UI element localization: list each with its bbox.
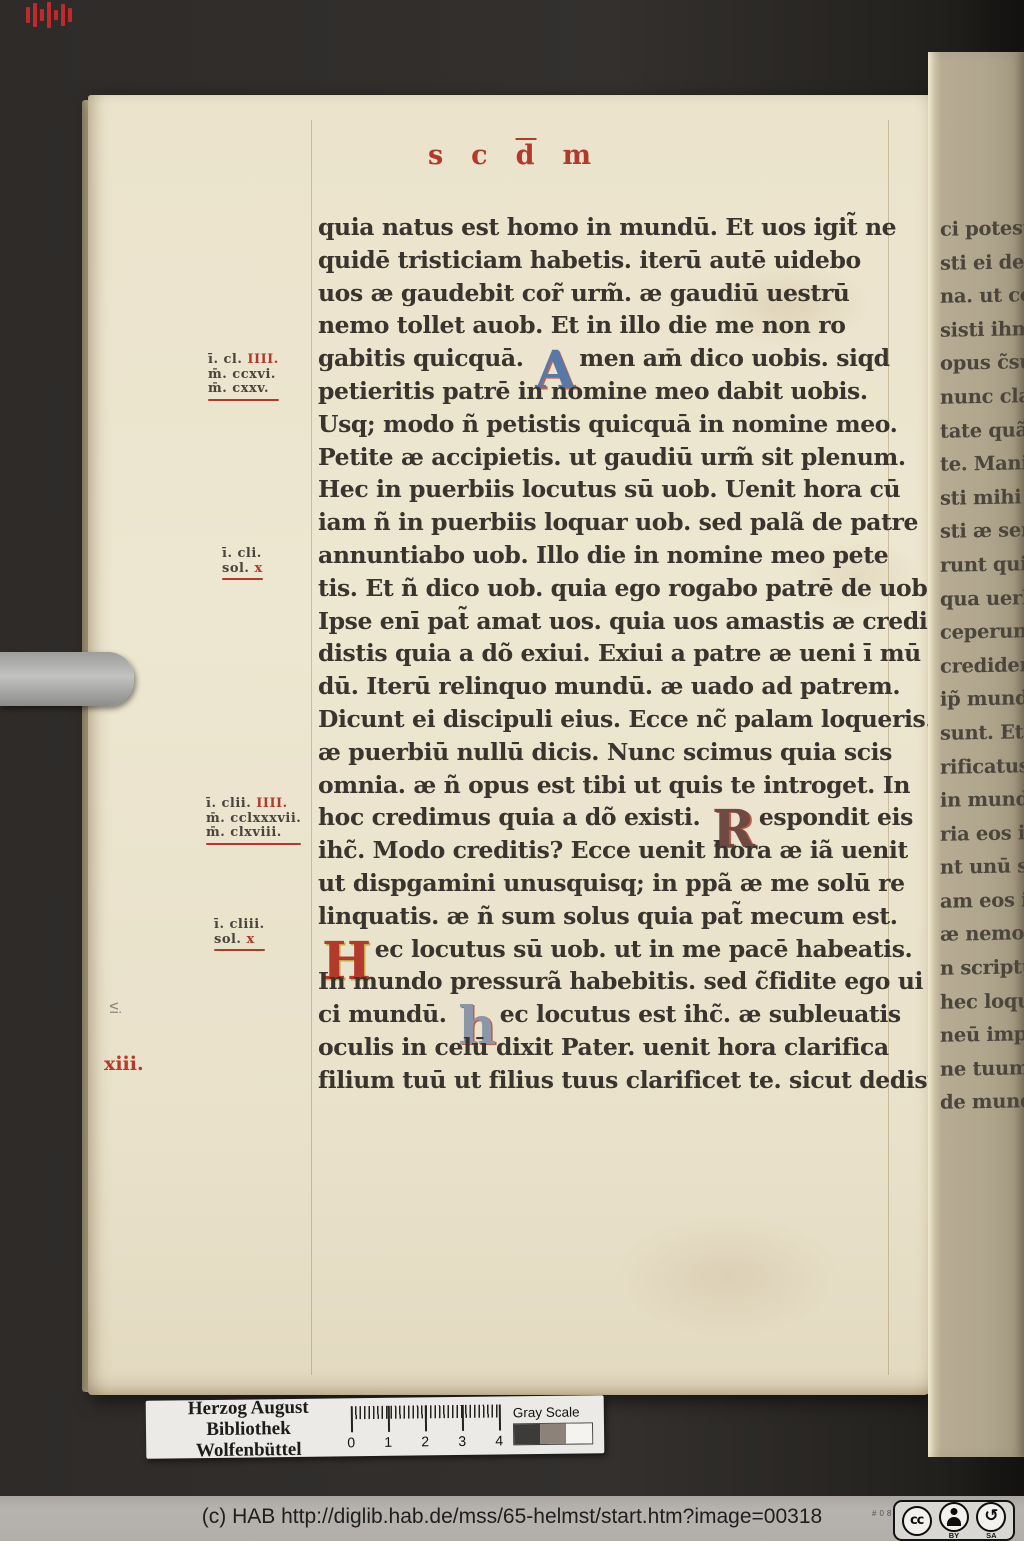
manuscript-line: Dicunt ei discipuli eius. Ecce nc̃ palam… xyxy=(318,703,893,736)
margin-note-2: ī. cli.sol. x xyxy=(222,547,263,580)
manuscript-line: ut dispgamini unusquisq; in ppã æ me sol… xyxy=(318,867,893,900)
manuscript-line: ci mundū. hec locutus est ihc̃. æ subleu… xyxy=(318,998,893,1031)
manuscript-line: annuntiabo uob. Illo die in nomine meo p… xyxy=(318,539,893,572)
facing-page-line: qua uerba xyxy=(940,581,1024,616)
cc-by-label: BY xyxy=(949,1531,959,1540)
facing-page-line: crediderunt xyxy=(940,648,1024,683)
facing-page-line: ne tuum. æ m xyxy=(940,1051,1024,1086)
facing-page-line: sisti ihm x xyxy=(940,312,1024,347)
ruler-tick-label: 4 xyxy=(495,1432,503,1448)
registration-bar xyxy=(47,2,51,28)
registration-mark-top-left xyxy=(26,0,72,30)
facing-page-line: runt quia o xyxy=(940,547,1024,582)
registration-bar xyxy=(33,3,37,27)
registration-bar xyxy=(61,4,65,26)
facing-page-line: tate quã ha xyxy=(940,413,1024,448)
manuscript-text-block: quia natus est homo in mundū. Et uos igi… xyxy=(318,211,893,1097)
manuscript-line: Ipse enī pat̃ amat uos. quia uos amastis… xyxy=(318,605,893,638)
registration-bar xyxy=(26,7,30,23)
person-icon-body xyxy=(947,1517,961,1526)
calibration-ruler: 01234 xyxy=(351,1402,504,1450)
running-title-letter: c xyxy=(471,140,489,171)
running-title: scdm xyxy=(88,140,933,171)
grayscale-reference: Gray Scale xyxy=(513,1404,593,1445)
sharealike-arrow-glyph: ↺ xyxy=(984,1508,998,1525)
manuscript-line: oculis in celū dixit Pater. uenit hora c… xyxy=(318,1031,893,1064)
manuscript-line: hoc credimus quia a dõ existi. Respondit… xyxy=(318,801,893,834)
margin-note-line: sol. x xyxy=(214,933,265,948)
rubric-underline xyxy=(222,578,263,580)
calibration-bar: Herzog August Bibliothek Wolfenbüttel 01… xyxy=(146,1395,605,1459)
manuscript-line: In mundo pressurã habebitis. sed c̃fidit… xyxy=(318,965,893,998)
running-title-letter: s xyxy=(428,140,445,171)
ruling-line-left xyxy=(311,120,312,1375)
ruler-tick-label: 3 xyxy=(458,1433,466,1449)
manuscript-line: tis. Et ñ dico uob. quia ego rogabo patr… xyxy=(318,572,893,605)
margin-note-line: ī. cli. xyxy=(222,547,263,562)
rubric-underline xyxy=(214,949,265,951)
facing-page-line: sunt. Et mea xyxy=(940,715,1024,750)
facing-page-line: in mundo xyxy=(940,782,1024,817)
cc-logo-unit: cc xyxy=(902,1506,932,1536)
institution-city: Wolfenbüttel xyxy=(146,1438,351,1462)
quire-signature: xiii. xyxy=(104,1053,144,1075)
manuscript-line: dū. Iterū relinquo mundū. æ uado ad patr… xyxy=(318,670,893,703)
running-title-letter: d xyxy=(516,140,537,171)
running-title-letter: m xyxy=(562,140,593,171)
manuscript-line: petieritis patrē in nomine meo dabit uob… xyxy=(318,375,893,408)
grayscale-swatch xyxy=(566,1423,592,1443)
manuscript-line: ihc̃. Modo creditis? Ecce uenit hora æ i… xyxy=(318,834,893,867)
ruler-tick-labels: 01234 xyxy=(351,1432,499,1448)
margin-note-line: m̄. clxviii. xyxy=(206,826,301,841)
manuscript-line: Petite æ accipietis. ut gaudiū urm̃ sit … xyxy=(318,441,893,474)
facing-page-line: te. Manifest xyxy=(940,446,1024,481)
facing-page-line: am eos in no xyxy=(940,883,1024,918)
facing-page-line: æ nemo ex xyxy=(940,917,1024,952)
ruler-tick-label: 2 xyxy=(421,1433,429,1449)
facing-page-line: sti mihi de xyxy=(940,480,1024,515)
margin-note-4: ī. cliii.sol. x xyxy=(214,918,265,951)
institution-name: Herzog August Bibliothek xyxy=(146,1396,351,1441)
facing-page-line: hec loquor xyxy=(940,984,1024,1019)
manuscript-line: Usq; modo ñ petistis quicquā in nomine m… xyxy=(318,408,893,441)
margin-note-1: ī. cl. IIII.m̄. ccxvi.m̄. cxxv. xyxy=(208,353,279,401)
facing-page-line: sti æ sermo xyxy=(940,514,1024,549)
ruler-major-ticks xyxy=(351,1404,499,1432)
ruler-tick xyxy=(351,1406,353,1432)
facing-page-line: nt unū sicut xyxy=(940,849,1024,884)
facing-page-line: ria eos in no xyxy=(940,816,1024,851)
rubric-underline xyxy=(208,399,279,401)
facing-page-text: ci potestatsti ei det eina. ut cognsisti… xyxy=(940,211,1024,1120)
grayscale-label: Gray Scale xyxy=(513,1404,593,1420)
manuscript-line: quidē tristiciam habetis. iterū autē uid… xyxy=(318,244,893,277)
facing-page-edge: ci potestatsti ei det eina. ut cognsisti… xyxy=(928,52,1024,1457)
margin-note-line: m̄. cxxv. xyxy=(208,382,279,397)
page-holder-clip xyxy=(0,652,134,706)
facing-page-line: rificatus sum xyxy=(940,749,1024,784)
institution-label: Herzog August Bibliothek Wolfenbüttel xyxy=(146,1396,352,1461)
facing-page-line: neū impletū xyxy=(940,1017,1024,1052)
manuscript-line: æ puerbiū nullū dicis. Nunc scimus quia … xyxy=(318,736,893,769)
cc-attribution-icon xyxy=(939,1502,969,1532)
manuscript-line: uos æ gaudebit cor̃ urm̃. æ gaudiū uestr… xyxy=(318,277,893,310)
cc-logo-icon: cc xyxy=(902,1506,932,1536)
facing-page-line: na. ut cogn xyxy=(940,278,1024,313)
manuscript-line: nemo tollet auob. Et in illo die me non … xyxy=(318,309,893,342)
margin-note-line: ī. clii. IIII. xyxy=(206,797,301,812)
cc-sharealike-icon: ↺ xyxy=(976,1502,1006,1532)
facing-page-line: ci potestat xyxy=(940,211,1024,246)
grayscale-swatches xyxy=(513,1422,593,1445)
facing-page-line: opus c̃sumi xyxy=(940,346,1024,381)
manuscript-line: iam ñ in puerbiis loquar uob. sed palã d… xyxy=(318,506,893,539)
ruler-tick-label: 1 xyxy=(384,1434,392,1450)
registration-bar xyxy=(40,9,44,21)
cc-logo-text: cc xyxy=(910,1513,923,1528)
ruler-tick xyxy=(388,1406,390,1432)
ruler-tick xyxy=(499,1404,501,1430)
facing-page-line: ceperunt æ xyxy=(940,614,1024,649)
margin-note-line: m̄. cclxxxvii. xyxy=(206,812,301,827)
ruler-tick xyxy=(462,1405,464,1431)
manuscript-page: scdm quia natus est homo in mundū. Et uo… xyxy=(88,95,933,1395)
registration-bar xyxy=(68,8,72,22)
manuscript-line: linquatis. æ ñ sum solus quia pat̃ mecum… xyxy=(318,900,893,933)
manuscript-line: gabitis quicquā. Amen am̄ dico uobis. si… xyxy=(318,342,893,375)
registration-bar xyxy=(54,10,58,20)
manuscript-line: distis quia a dõ exiui. Exiui a patre æ … xyxy=(318,637,893,670)
margin-note-line: ī. cliii. xyxy=(214,918,265,933)
manuscript-line: filium tuū ut filius tuus clarificet te.… xyxy=(318,1064,893,1097)
person-icon-head xyxy=(950,1508,957,1515)
manuscript-line: omnia. æ ñ opus est tibi ut quis te intr… xyxy=(318,769,893,802)
pencil-foliation-mark: vi xyxy=(106,1002,122,1014)
margin-note-line: m̄. ccxvi. xyxy=(208,368,279,383)
cc-sa-label: SA xyxy=(986,1531,996,1540)
grayscale-swatch xyxy=(540,1424,566,1444)
manuscript-line: Hec in puerbiis locutus sū uob. Uenit ho… xyxy=(318,473,893,506)
margin-note-3: ī. clii. IIII.m̄. cclxxxvii.m̄. clxviii. xyxy=(206,797,301,845)
facing-page-line: nunc clarif xyxy=(940,379,1024,414)
cc-sa-unit: ↺ SA xyxy=(976,1502,1006,1540)
facing-page-line: n scriptura xyxy=(940,950,1024,985)
grayscale-swatch xyxy=(514,1424,540,1444)
rubric-underline xyxy=(206,843,301,845)
cc-license-badge: cc BY ↺ SA xyxy=(893,1500,1015,1541)
manuscript-line: quia natus est homo in mundū. Et uos igi… xyxy=(318,211,893,244)
facing-page-line: de mundo sic xyxy=(940,1085,1024,1120)
margin-note-line: sol. x xyxy=(222,562,263,577)
manuscript-line: Hec locutus sū uob. ut in me pacē habeat… xyxy=(318,933,893,966)
ruler-tick-label: 0 xyxy=(347,1434,355,1450)
frame-id-text: #08 xyxy=(872,1509,894,1518)
margin-note-line: ī. cl. IIII. xyxy=(208,353,279,368)
copyright-caption: (c) HAB http://diglib.hab.de/mss/65-helm… xyxy=(0,1505,1024,1529)
facing-page-line: sti ei det ei xyxy=(940,245,1024,280)
ruler-tick xyxy=(425,1405,427,1431)
facing-page-line: ip̃ mundo n xyxy=(940,682,1024,717)
cc-by-unit: BY xyxy=(939,1502,969,1540)
